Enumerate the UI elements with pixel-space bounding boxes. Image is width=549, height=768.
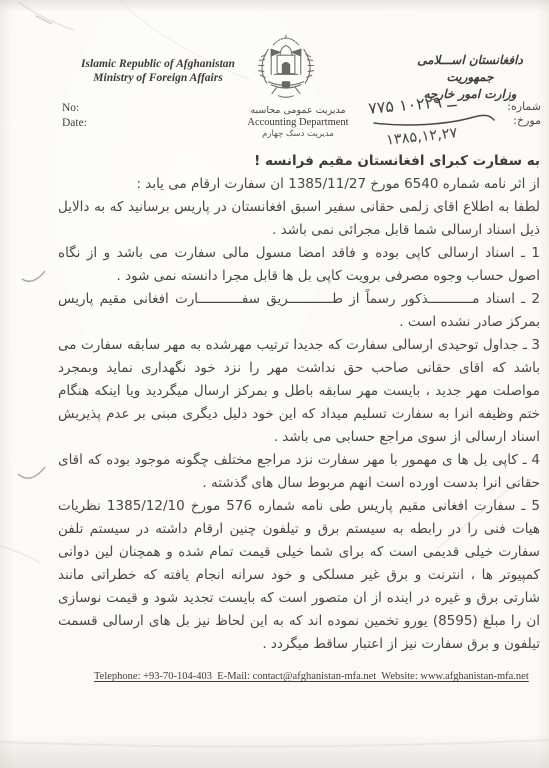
letter-body: به سفارت کبرای افغانستان مقیم فرانسه ! ا…	[58, 150, 540, 656]
department-desk-fa: مديريت دسک چهارم	[233, 129, 363, 140]
scanned-letter-page: Islamic Republic of Afghanistan Ministry…	[0, 0, 549, 768]
date-label: Date:	[62, 116, 87, 131]
body-paragraph: 1 ـ اسناد ارسالی کاپی بوده و فاقد امضا م…	[58, 242, 540, 288]
contact-info-line: Telephone: +93-70-104-403 E-Mail: contac…	[94, 671, 529, 682]
ministry-name-en: Ministry of Foreign Affairs	[74, 71, 242, 85]
reference-labels-en: No: Date:	[62, 101, 87, 130]
department-name-fa: مديريت عمومی محاسبه	[233, 105, 363, 117]
department-block: مديريت عمومی محاسبه Accounting Departmen…	[233, 105, 363, 140]
afghanistan-emblem-icon	[246, 33, 326, 101]
country-name-fa: دافغانستان اســـلامی جمهوریت	[394, 52, 546, 86]
number-label-fa: شماره:	[507, 100, 541, 114]
body-paragraph: لطفا به اطلاع اقای زلمی حقانی سفیر اسبق …	[58, 196, 540, 242]
country-name-en: Islamic Republic of Afghanistan	[74, 57, 242, 71]
salutation-line: به سفارت کبرای افغانستان مقیم فرانسه !	[58, 150, 540, 173]
department-name-en: Accounting Department	[233, 117, 363, 129]
body-paragraph: 3 ـ جداول توحیدی ارسالی سفارت که جدیدا ت…	[58, 334, 540, 449]
ministry-title-en: Islamic Republic of Afghanistan Ministry…	[74, 57, 242, 85]
reference-labels-fa: شماره: مورخ:	[507, 100, 541, 127]
dated-label-fa: مورخ:	[507, 114, 541, 128]
body-paragraph: 5 ـ سفارت افغانی مقیم پاریس طی نامه شمار…	[58, 495, 540, 656]
body-paragraph: 4 ـ کاپی بل ها ی مهمور با مهر سفارت نزد …	[58, 449, 540, 495]
body-paragraph: 2 ـ اسناد مـــــــــــذکور رسماً از طـــ…	[58, 288, 540, 334]
no-label: No:	[62, 101, 87, 116]
body-paragraph: از اثر نامه شماره 6540 مورخ 1385/11/27 ا…	[58, 173, 540, 196]
letterhead-footer: Telephone: +93-70-104-403 E-Mail: contac…	[94, 664, 529, 683]
